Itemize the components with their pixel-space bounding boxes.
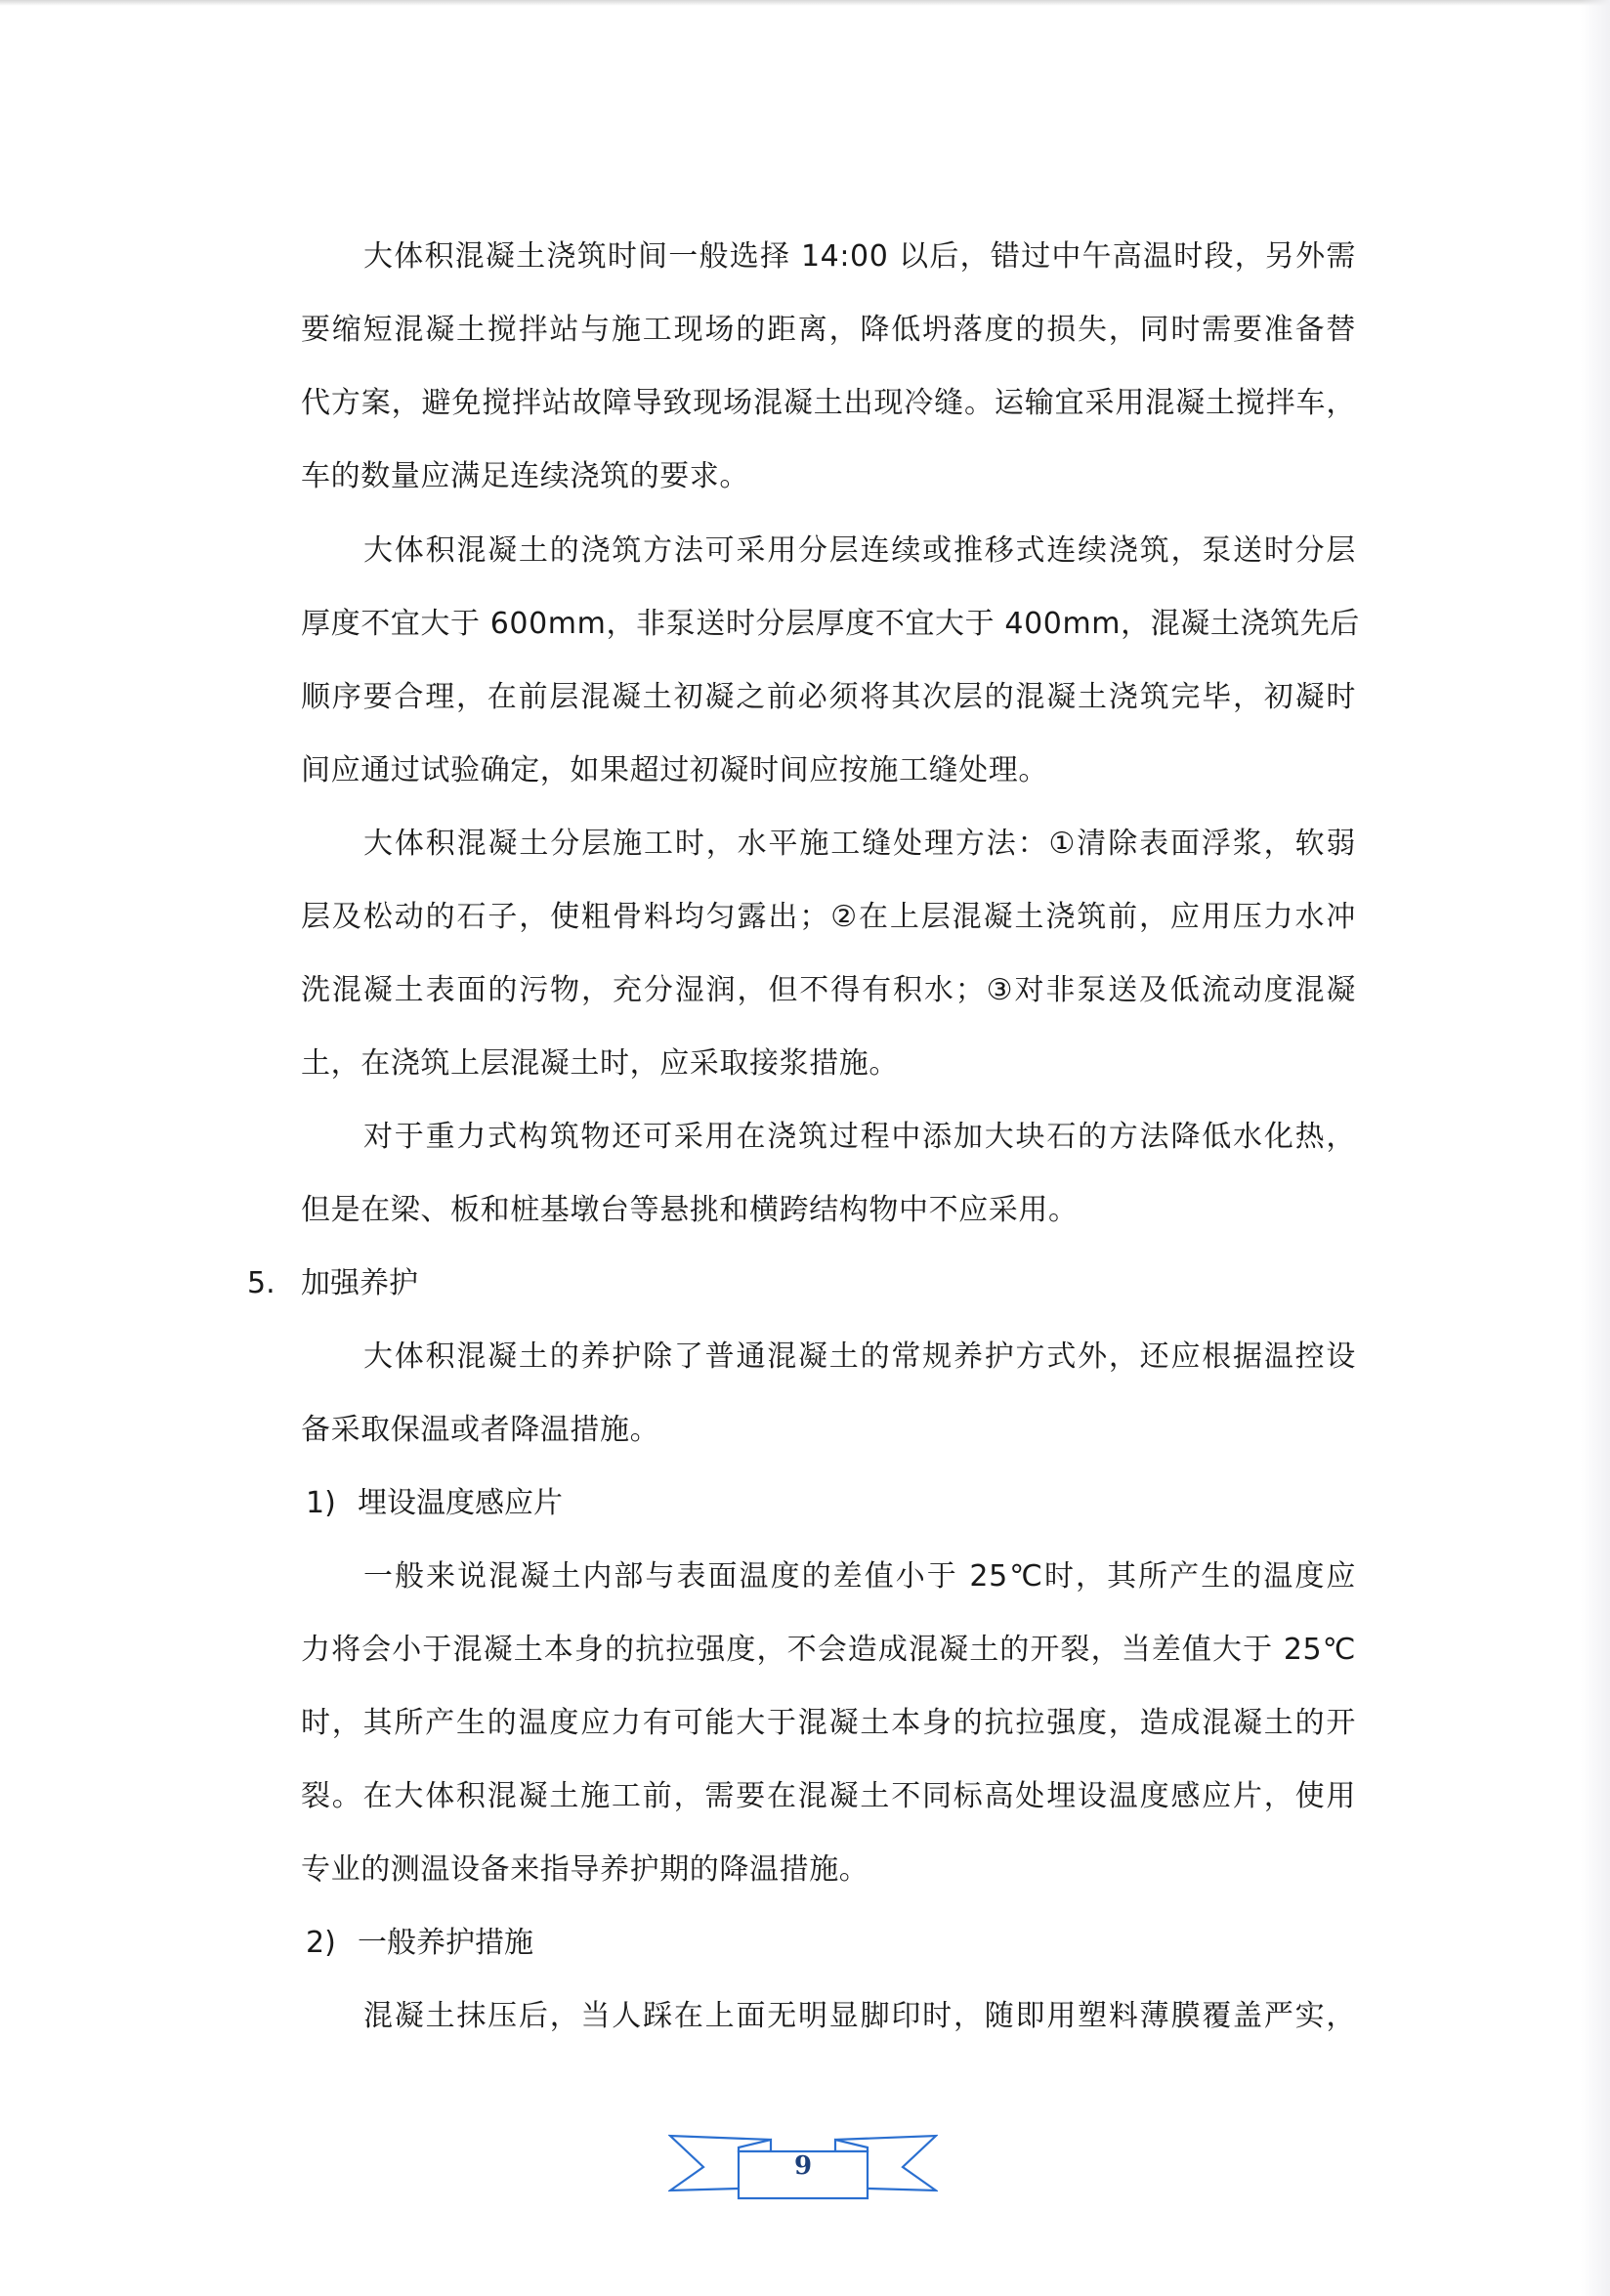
section-number: 5. bbox=[247, 1264, 275, 1303]
page-number: 9 bbox=[668, 2149, 938, 2183]
text-line: 要缩短混凝土搅拌站与施工现场的距离，降低坍落度的损失，同时需要准备替 bbox=[301, 311, 1356, 350]
scan-edge-top bbox=[0, 0, 1610, 6]
subsection-title: 一般养护措施 bbox=[358, 1924, 533, 1963]
text-line: 时，其所产生的温度应力有可能大于混凝土本身的抗拉强度，造成混凝土的开 bbox=[301, 1704, 1356, 1743]
text-line: 但是在梁、板和桩基墩台等悬挑和横跨结构物中不应采用。 bbox=[301, 1191, 1356, 1230]
text-line: 专业的测温设备来指导养护期的降温措施。 bbox=[301, 1850, 1356, 1890]
subsection-number: 2) bbox=[306, 1924, 336, 1963]
text-line: 大体积混凝土的养护除了普通混凝土的常规养护方式外，还应根据温控设 bbox=[363, 1338, 1356, 1377]
scan-edge-right bbox=[1581, 0, 1610, 2296]
text-line: 车的数量应满足连续浇筑的要求。 bbox=[301, 457, 1356, 496]
text-line: 大体积混凝土分层施工时，水平施工缝处理方法：①清除表面浮浆，软弱 bbox=[363, 825, 1356, 864]
text-line: 大体积混凝土浇筑时间一般选择 14:00 以后，错过中午高温时段，另外需 bbox=[363, 237, 1356, 276]
page-number-ribbon: 9 bbox=[668, 2130, 938, 2204]
text-line: 层及松动的石子，使粗骨料均匀露出；②在上层混凝土浇筑前，应用压力水冲 bbox=[301, 898, 1356, 937]
text-line: 洗混凝土表面的污物，充分湿润，但不得有积水；③对非泵送及低流动度混凝 bbox=[301, 971, 1356, 1010]
text-line: 裂。在大体积混凝土施工前，需要在混凝土不同标高处埋设温度感应片，使用 bbox=[301, 1777, 1356, 1816]
text-line: 一般来说混凝土内部与表面温度的差值小于 25℃时，其所产生的温度应 bbox=[363, 1557, 1356, 1596]
text-line: 间应通过试验确定，如果超过初凝时间应按施工缝处理。 bbox=[301, 751, 1356, 790]
subsection-title: 埋设温度感应片 bbox=[358, 1484, 563, 1523]
text-line: 对于重力式构筑物还可采用在浇筑过程中添加大块石的方法降低水化热， bbox=[363, 1118, 1356, 1157]
text-line: 顺序要合理，在前层混凝土初凝之前必须将其次层的混凝土浇筑完毕，初凝时 bbox=[301, 678, 1356, 717]
text-line: 大体积混凝土的浇筑方法可采用分层连续或推移式连续浇筑，泵送时分层 bbox=[363, 531, 1356, 571]
text-line: 厚度不宜大于 600mm，非泵送时分层厚度不宜大于 400mm，混凝土浇筑先后 bbox=[301, 605, 1356, 644]
section-title: 加强养护 bbox=[301, 1264, 418, 1303]
subsection-number: 1) bbox=[306, 1484, 336, 1523]
text-line: 代方案，避免搅拌站故障导致现场混凝土出现冷缝。运输宜采用混凝土搅拌车， bbox=[301, 384, 1356, 423]
text-line: 备采取保温或者降温措施。 bbox=[301, 1411, 1356, 1450]
text-line: 土，在浇筑上层混凝土时，应采取接浆措施。 bbox=[301, 1044, 1356, 1084]
text-line: 力将会小于混凝土本身的抗拉强度，不会造成混凝土的开裂，当差值大于 25℃ bbox=[301, 1631, 1356, 1670]
text-line: 混凝土抹压后，当人踩在上面无明显脚印时，随即用塑料薄膜覆盖严实， bbox=[363, 1997, 1356, 2036]
